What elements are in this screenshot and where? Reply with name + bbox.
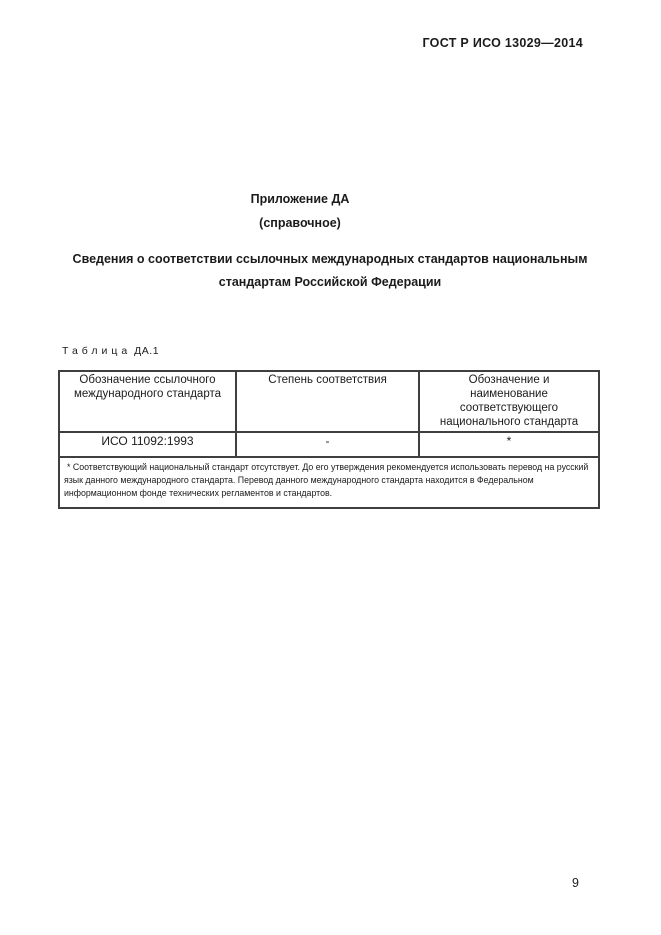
table-header-row: Обозначение ссылочного международного ст…: [59, 371, 599, 432]
col-header-national-standard: Обозначение и наименование соответствующ…: [419, 371, 599, 432]
appendix-label: Приложение ДА: [20, 192, 580, 206]
table-caption-number: ДА.1: [134, 345, 159, 357]
running-header-doc-code: ГОСТ Р ИСО 13029—2014: [0, 36, 583, 50]
table-row: ИСО 11092:1993 - *: [59, 432, 599, 457]
appendix-heading: Приложение ДА (справочное): [20, 192, 580, 230]
document-page: ГОСТ Р ИСО 13029—2014 Приложение ДА (спр…: [0, 0, 661, 935]
table-caption: ТаблицаДА.1: [62, 345, 159, 357]
correspondence-table: Обозначение ссылочного международного ст…: [58, 370, 600, 509]
cell-correspondence-degree: -: [236, 432, 419, 457]
col-header-reference-standard: Обозначение ссылочного международного ст…: [59, 371, 236, 432]
col-header-correspondence-degree: Степень соответствия: [236, 371, 419, 432]
cell-national-standard: *: [419, 432, 599, 457]
table-footnote-row: * Соответствующий национальный стандарт …: [59, 457, 599, 508]
cell-reference-standard: ИСО 11092:1993: [59, 432, 236, 457]
table-caption-word: Таблица: [62, 345, 131, 357]
page-number: 9: [572, 876, 579, 890]
appendix-type-label: (справочное): [20, 216, 580, 230]
table-footnote: * Соответствующий национальный стандарт …: [59, 457, 599, 508]
appendix-title: Сведения о соответствии ссылочных междун…: [55, 248, 605, 294]
